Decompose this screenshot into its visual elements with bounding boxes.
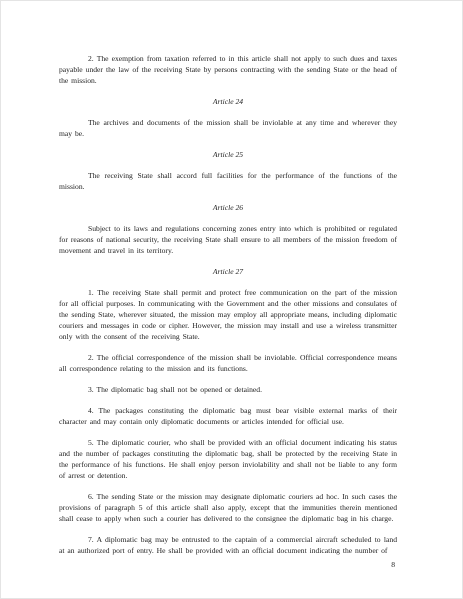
paragraph: 2. The exemption from taxation referred … xyxy=(59,53,397,86)
paragraph: 1. The receiving State shall permit and … xyxy=(59,287,397,342)
article-heading: Article 26 xyxy=(59,202,397,213)
paragraph: 4. The packages constituting the diploma… xyxy=(59,405,397,427)
paragraph: The archives and documents of the missio… xyxy=(59,117,397,139)
article-heading: Article 24 xyxy=(59,96,397,107)
paragraph: Subject to its laws and regulations conc… xyxy=(59,223,397,256)
paragraph: 2. The official correspondence of the mi… xyxy=(59,352,397,374)
paragraph: 5. The diplomatic courier, who shall be … xyxy=(59,437,397,481)
paragraph: The receiving State shall accord full fa… xyxy=(59,170,397,192)
document-content: 2. The exemption from taxation referred … xyxy=(59,53,397,556)
paragraph: 6. The sending State or the mission may … xyxy=(59,491,397,524)
document-page: 2. The exemption from taxation referred … xyxy=(0,0,463,599)
page-number: 8 xyxy=(391,559,395,570)
article-heading: Article 27 xyxy=(59,266,397,277)
paragraph: 3. The diplomatic bag shall not be opene… xyxy=(59,384,397,395)
article-heading: Article 25 xyxy=(59,149,397,160)
paragraph: 7. A diplomatic bag may be entrusted to … xyxy=(59,534,397,556)
